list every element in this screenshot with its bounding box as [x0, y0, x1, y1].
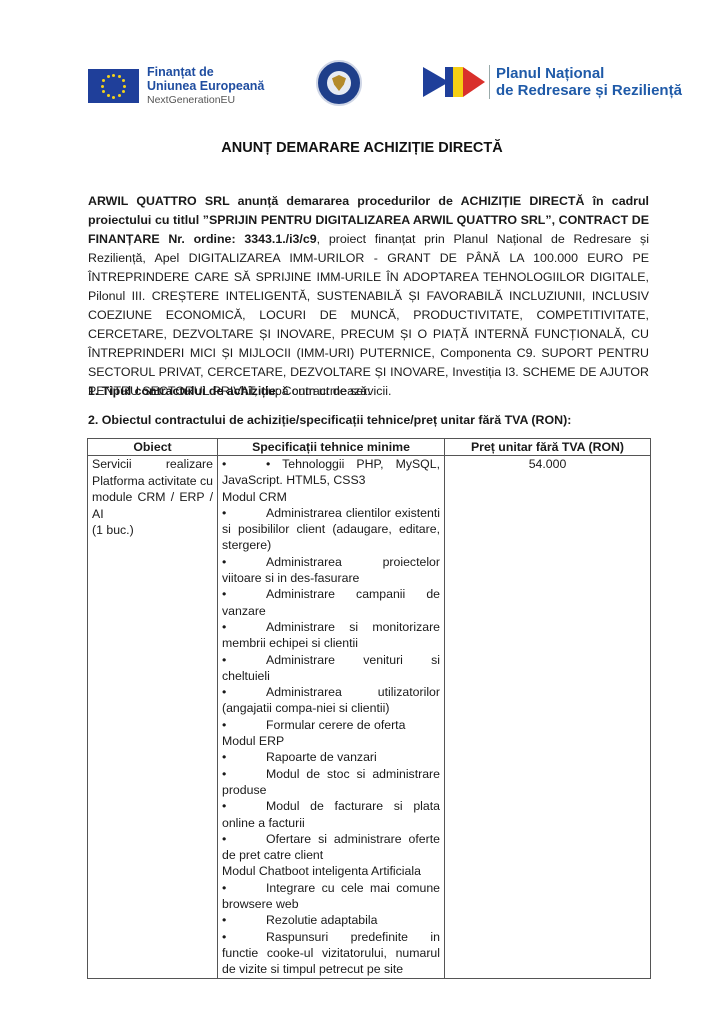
bullet-icon: •: [222, 831, 266, 847]
spec-bullet-item: •Rapoarte de vanzari: [222, 749, 440, 765]
price-cell: 54.000: [445, 456, 651, 979]
spec-bullet-item: •Administrarea utilizatorilor (angajatii…: [222, 684, 440, 717]
star-icon: [107, 75, 110, 78]
star-icon: [123, 85, 126, 88]
bullet-icon: •: [222, 766, 266, 782]
government-seal-icon: [316, 60, 362, 106]
spec-bullet-item: •Modul de facturare si plata online a fa…: [222, 798, 440, 831]
pnrr-divider: [489, 65, 490, 99]
star-icon: [101, 85, 104, 88]
eu-flag-icon: [88, 69, 139, 103]
bullet-icon: •: [222, 554, 266, 570]
spec-text: Formular cerere de oferta: [266, 718, 405, 732]
object-quantity: (1 buc.): [92, 522, 213, 539]
star-icon: [102, 90, 105, 93]
section1-value: : Contract de servicii.: [276, 384, 392, 398]
bullet-icon: •: [222, 652, 266, 668]
specs-cell: •• Tehnologgii PHP, MySQL, JavaScript. H…: [218, 456, 445, 979]
header-specs: Specificații tehnice minime: [218, 439, 445, 456]
bullet-icon: •: [222, 929, 266, 945]
eu-text-line1: Finanțat de: [147, 65, 264, 79]
bullet-icon: •: [222, 749, 266, 765]
pnrr-text-line2: de Redresare și Reziliență: [496, 82, 682, 99]
spec-text: Rezolutie adaptabila: [266, 913, 377, 927]
document-title: ANUNȚ DEMARARE ACHIZIȚIE DIRECTĂ: [0, 140, 724, 156]
spec-bullet-item: •• Tehnologgii PHP, MySQL, JavaScript. H…: [222, 456, 440, 489]
header-object: Obiect: [88, 439, 218, 456]
spec-bullet-item: •Ofertare si administrare oferte de pret…: [222, 831, 440, 864]
eu-funding-text: Finanțat de Uniunea Europeană NextGenera…: [147, 65, 264, 107]
star-icon: [118, 75, 121, 78]
spec-text: Rapoarte de vanzari: [266, 750, 377, 764]
bullet-icon: •: [222, 456, 266, 472]
spec-bullet-item: •Administrare venituri si cheltuieli: [222, 652, 440, 685]
pnrr-text-line1: Planul Național: [496, 65, 682, 82]
spec-bullet-item: •Modul de stoc si administrare produse: [222, 766, 440, 799]
spec-bullet-item: •Raspunsuri predefinite in functie cooke…: [222, 929, 440, 978]
section1-label: 1. Tipul contractului de achiziție: [88, 384, 276, 398]
star-icon: [112, 96, 115, 99]
section-contract-object: 2. Obiectul contractului de achiziție/sp…: [88, 413, 649, 427]
table-row: Servicii realizare Platforma activitate …: [88, 456, 651, 979]
spec-module-heading: Modul CRM: [222, 489, 440, 505]
spec-bullet-item: •Rezolutie adaptabila: [222, 912, 440, 928]
bullet-icon: •: [222, 798, 266, 814]
star-icon: [122, 79, 125, 82]
spec-bullet-item: •Administrare si monitorizare membrii ec…: [222, 619, 440, 652]
header-price: Preț unitar fără TVA (RON): [445, 439, 651, 456]
table-header-row: Obiect Specificații tehnice minime Preț …: [88, 439, 651, 456]
object-cell: Servicii realizare Platforma activitate …: [88, 456, 218, 979]
intro-regular: , proiect finanțat prin Planul Național …: [88, 232, 649, 398]
specifications-table: Obiect Specificații tehnice minime Preț …: [87, 438, 651, 979]
spec-bullet-item: •Administrarea clientilor existenti si p…: [222, 505, 440, 554]
object-description: Servicii realizare Platforma activitate …: [92, 456, 213, 522]
bullet-icon: •: [222, 619, 266, 635]
star-icon: [118, 94, 121, 97]
bullet-icon: •: [222, 880, 266, 896]
eu-funding-logo: Finanțat de Uniunea Europeană NextGenera…: [88, 65, 264, 107]
pnrr-logo: Planul Național de Redresare și Rezilien…: [423, 65, 682, 99]
intro-paragraph: ARWIL QUATTRO SRL anunță demararea proce…: [88, 192, 649, 401]
document-page: Finanțat de Uniunea Europeană NextGenera…: [0, 0, 724, 1024]
bullet-icon: •: [222, 912, 266, 928]
star-icon: [107, 94, 110, 97]
spec-bullet-item: •Integrare cu cele mai comune browsere w…: [222, 880, 440, 913]
eu-text-line2: Uniunea Europeană: [147, 79, 264, 93]
bullet-icon: •: [222, 505, 266, 521]
star-icon: [102, 79, 105, 82]
star-icon: [122, 90, 125, 93]
pnrr-text: Planul Național de Redresare și Rezilien…: [496, 65, 682, 99]
spec-bullet-item: •Administrare campanii de vanzare: [222, 586, 440, 619]
star-icon: [112, 74, 115, 77]
pnrr-arrow-icon: [423, 67, 485, 97]
bullet-icon: •: [222, 684, 266, 700]
spec-bullet-item: •Administrarea proiectelor viitoare si i…: [222, 554, 440, 587]
spec-bullet-item: •Formular cerere de oferta: [222, 717, 440, 733]
spec-module-heading: Modul ERP: [222, 733, 440, 749]
eu-text-line3: NextGenerationEU: [147, 93, 264, 107]
spec-module-heading: Modul Chatboot inteligenta Artificiala: [222, 863, 440, 879]
bullet-icon: •: [222, 586, 266, 602]
bullet-icon: •: [222, 717, 266, 733]
section-contract-type: 1. Tipul contractului de achiziție: Cont…: [88, 384, 649, 398]
